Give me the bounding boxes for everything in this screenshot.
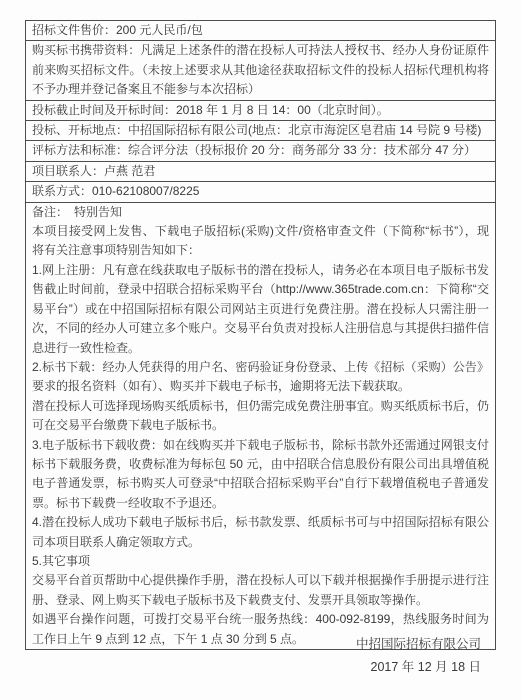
document-page: 招标文件售价：200 元人民币/包 购买标书携带资料：凡满足上述条件的潜在投标人… [0,0,521,700]
table-row-contact-phone: 联系方式：010-62108007/8225 [26,182,495,202]
remark-paragraph-intro: 本项目接受网上发售、下载电子版招标(采购)文件/资格审查文件（下简称“标书”），… [32,222,489,261]
signature-date: 2017 年 12 月 18 日 [356,656,481,679]
table-row-purchase-materials: 购买标书携带资料：凡满足上述条件的潜在投标人可持法人授权书、经办人身份证原件前来… [26,41,495,100]
table-row-bid-location: 投标、开标地点：中招国际招标有限公司(地点：北京市海淀区皂君庙 14 号院 9 … [26,121,495,141]
remark-paragraph-document-download: 2.标书下载：经办人凭获得的用户名、密码验证身份登录、上传《招标（采购）公告》要… [32,358,489,397]
company-name: 中招国际招标有限公司 [356,633,481,656]
remark-paragraph-help-center: 交易平台首页帮助中心提供操作手册，潜在投标人可以下载并根据操作手册提示进行注册、… [32,571,489,610]
remark-paragraph-invoice-pickup: 4.潜在投标人成功下载电子版标书后，标书款发票、纸质标书可与中招国际招标有限公司… [32,513,489,552]
remark-paragraph-download-fee: 3.电子版标书下载收费：如在线购买并下载电子版标书，除标书款外还需通过网银支付标… [32,436,489,514]
table-row-contact-person: 项目联系人：卢燕 范君 [26,162,495,182]
remark-paragraph-other-matters: 5.其它事项 [32,552,489,571]
tender-info-table: 招标文件售价：200 元人民币/包 购买标书携带资料：凡满足上述条件的潜在投标人… [25,20,496,650]
signature-block: 中招国际招标有限公司 2017 年 12 月 18 日 [356,633,481,679]
table-row-document-price: 招标文件售价：200 元人民币/包 [26,21,495,41]
table-row-evaluation-method: 评标方法和标准：综合评分法（投标报价 20 分：商务部分 33 分：技术部分 4… [26,141,495,161]
remark-heading: 备注： 特别告知 [32,203,489,222]
remark-paragraph-paper-document: 潜在投标人可选择现场购买纸质标书，但仍需完成免费注册事宜。购买纸质标书后，仍可在… [32,397,489,436]
table-row-bid-deadline: 投标截止时间及开标时间：2018 年 1 月 8 日 14：00（北京时间）。 [26,101,495,121]
remark-cell: 备注： 特别告知 本项目接受网上发售、下载电子版招标(采购)文件/资格审查文件（… [26,203,495,649]
remark-paragraph-online-registration: 1.网上注册：凡有意在线获取电子版标书的潜在投标人，请务必在本项目电子版标书发售… [32,261,489,358]
